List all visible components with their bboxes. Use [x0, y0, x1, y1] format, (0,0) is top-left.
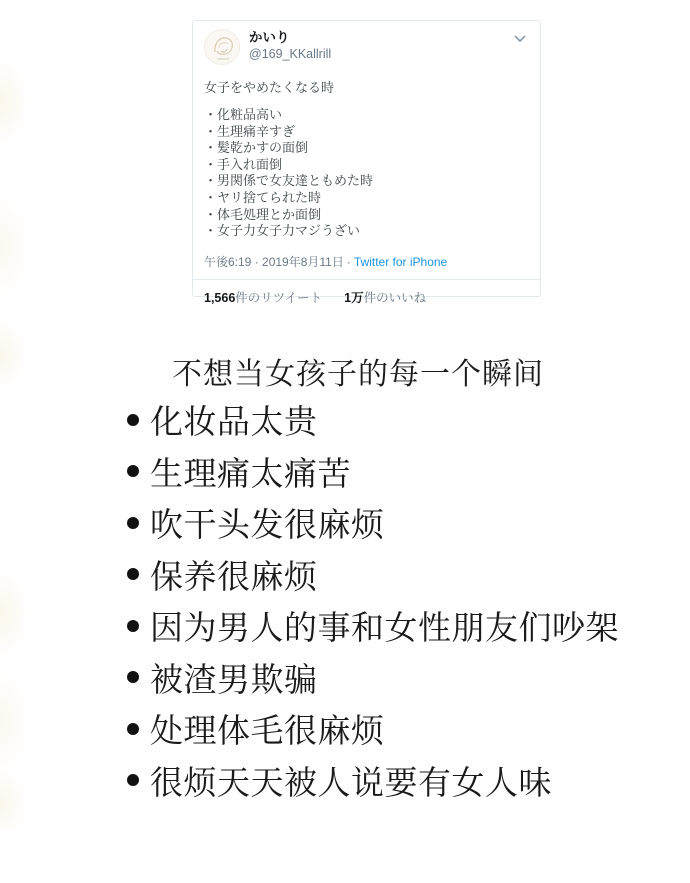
- bullet-icon: [127, 517, 139, 529]
- tweet-source-link[interactable]: Twitter for iPhone: [354, 255, 447, 269]
- tweet-header: mbconi かいり @169_KKallrill: [204, 29, 528, 65]
- tweet-list-item: ・男関係で女友達ともめた時: [204, 173, 528, 190]
- bullet-icon: [127, 723, 139, 735]
- translation-title: 不想当女孩子的每一个瞬间: [0, 349, 690, 393]
- avatar-image: mbconi: [205, 30, 240, 65]
- like-count: 1万: [344, 291, 363, 305]
- bullet-icon: [127, 620, 139, 632]
- tweet-bullet-list: ・化粧品高い ・生理痛辛すぎ ・髪乾かすの面倒 ・手入れ面倒 ・男関係で女友達と…: [204, 107, 528, 240]
- bullet-icon: [127, 671, 139, 683]
- tweet-list-item: ・化粧品高い: [204, 107, 528, 124]
- separator-dot: ·: [347, 255, 351, 269]
- tweet-list-item: ・ヤリ捨てられた時: [204, 190, 528, 207]
- tweet-list-item: ・体毛処理とか面倒: [204, 207, 528, 224]
- author-display-name[interactable]: かいり: [249, 30, 331, 47]
- divider: [193, 279, 540, 280]
- tweet-card: mbconi かいり @169_KKallrill 女子をやめたくなる時 ・化粧…: [192, 20, 541, 297]
- like-stat[interactable]: 1万件のいいね: [344, 291, 426, 305]
- list-item-text: 保养很麻烦: [150, 551, 318, 598]
- list-item-text: 处理体毛很麻烦: [150, 705, 385, 752]
- list-item: 化妆品太贵: [127, 394, 680, 446]
- bullet-icon: [127, 568, 139, 580]
- list-item: 被渣男欺骗: [127, 652, 680, 704]
- retweet-label: 件のリツイート: [235, 291, 322, 305]
- retweet-count: 1,566: [204, 291, 235, 305]
- list-item: 处理体毛很麻烦: [127, 703, 680, 755]
- list-item-text: 因为男人的事和女性朋友们吵架: [150, 602, 619, 649]
- author-handle[interactable]: @169_KKallrill: [249, 47, 331, 63]
- list-item-text: 生理痛太痛苦: [150, 448, 351, 495]
- bullet-icon: [127, 774, 139, 786]
- tweet-text: 女子をやめたくなる時: [204, 79, 528, 96]
- translation-list: 化妆品太贵 生理痛太痛苦 吹干头发很麻烦 保养很麻烦 因为男人的事和女性朋友们吵…: [127, 394, 680, 806]
- avatar[interactable]: mbconi: [204, 29, 240, 65]
- bullet-icon: [127, 414, 139, 426]
- list-item: 因为男人的事和女性朋友们吵架: [127, 600, 680, 652]
- list-item: 生理痛太痛苦: [127, 446, 680, 498]
- left-edge-artifact: [0, 30, 46, 390]
- left-edge-artifact: [0, 560, 46, 830]
- list-item-text: 很烦天天被人说要有女人味: [150, 757, 552, 804]
- tweet-list-item: ・女子力女子力マジうざい: [204, 223, 528, 240]
- chevron-down-icon[interactable]: [514, 35, 526, 43]
- tweet-list-item: ・生理痛辛すぎ: [204, 124, 528, 141]
- page: mbconi かいり @169_KKallrill 女子をやめたくなる時 ・化粧…: [0, 0, 690, 883]
- author-names: かいり @169_KKallrill: [249, 29, 331, 63]
- tweet-timestamp: 午後6:19 · 2019年8月11日: [204, 255, 344, 269]
- tweet-list-item: ・髪乾かすの面倒: [204, 140, 528, 157]
- retweet-stat[interactable]: 1,566件のリツイート: [204, 291, 322, 305]
- tweet-meta: 午後6:19 · 2019年8月11日·Twitter for iPhone: [204, 253, 528, 270]
- list-item: 保养很麻烦: [127, 549, 680, 601]
- list-item-text: 化妆品太贵: [150, 396, 318, 443]
- tweet-stats: 1,566件のリツイート1万件のいいね: [204, 288, 528, 306]
- bullet-icon: [127, 465, 139, 477]
- list-item-text: 吹干头发很麻烦: [150, 499, 385, 546]
- tweet-list-item: ・手入れ面倒: [204, 157, 528, 174]
- like-label: 件のいいね: [364, 291, 427, 305]
- svg-text:mbconi: mbconi: [217, 57, 229, 61]
- list-item-text: 被渣男欺骗: [150, 654, 318, 701]
- list-item: 很烦天天被人说要有女人味: [127, 755, 680, 807]
- list-item: 吹干头发很麻烦: [127, 497, 680, 549]
